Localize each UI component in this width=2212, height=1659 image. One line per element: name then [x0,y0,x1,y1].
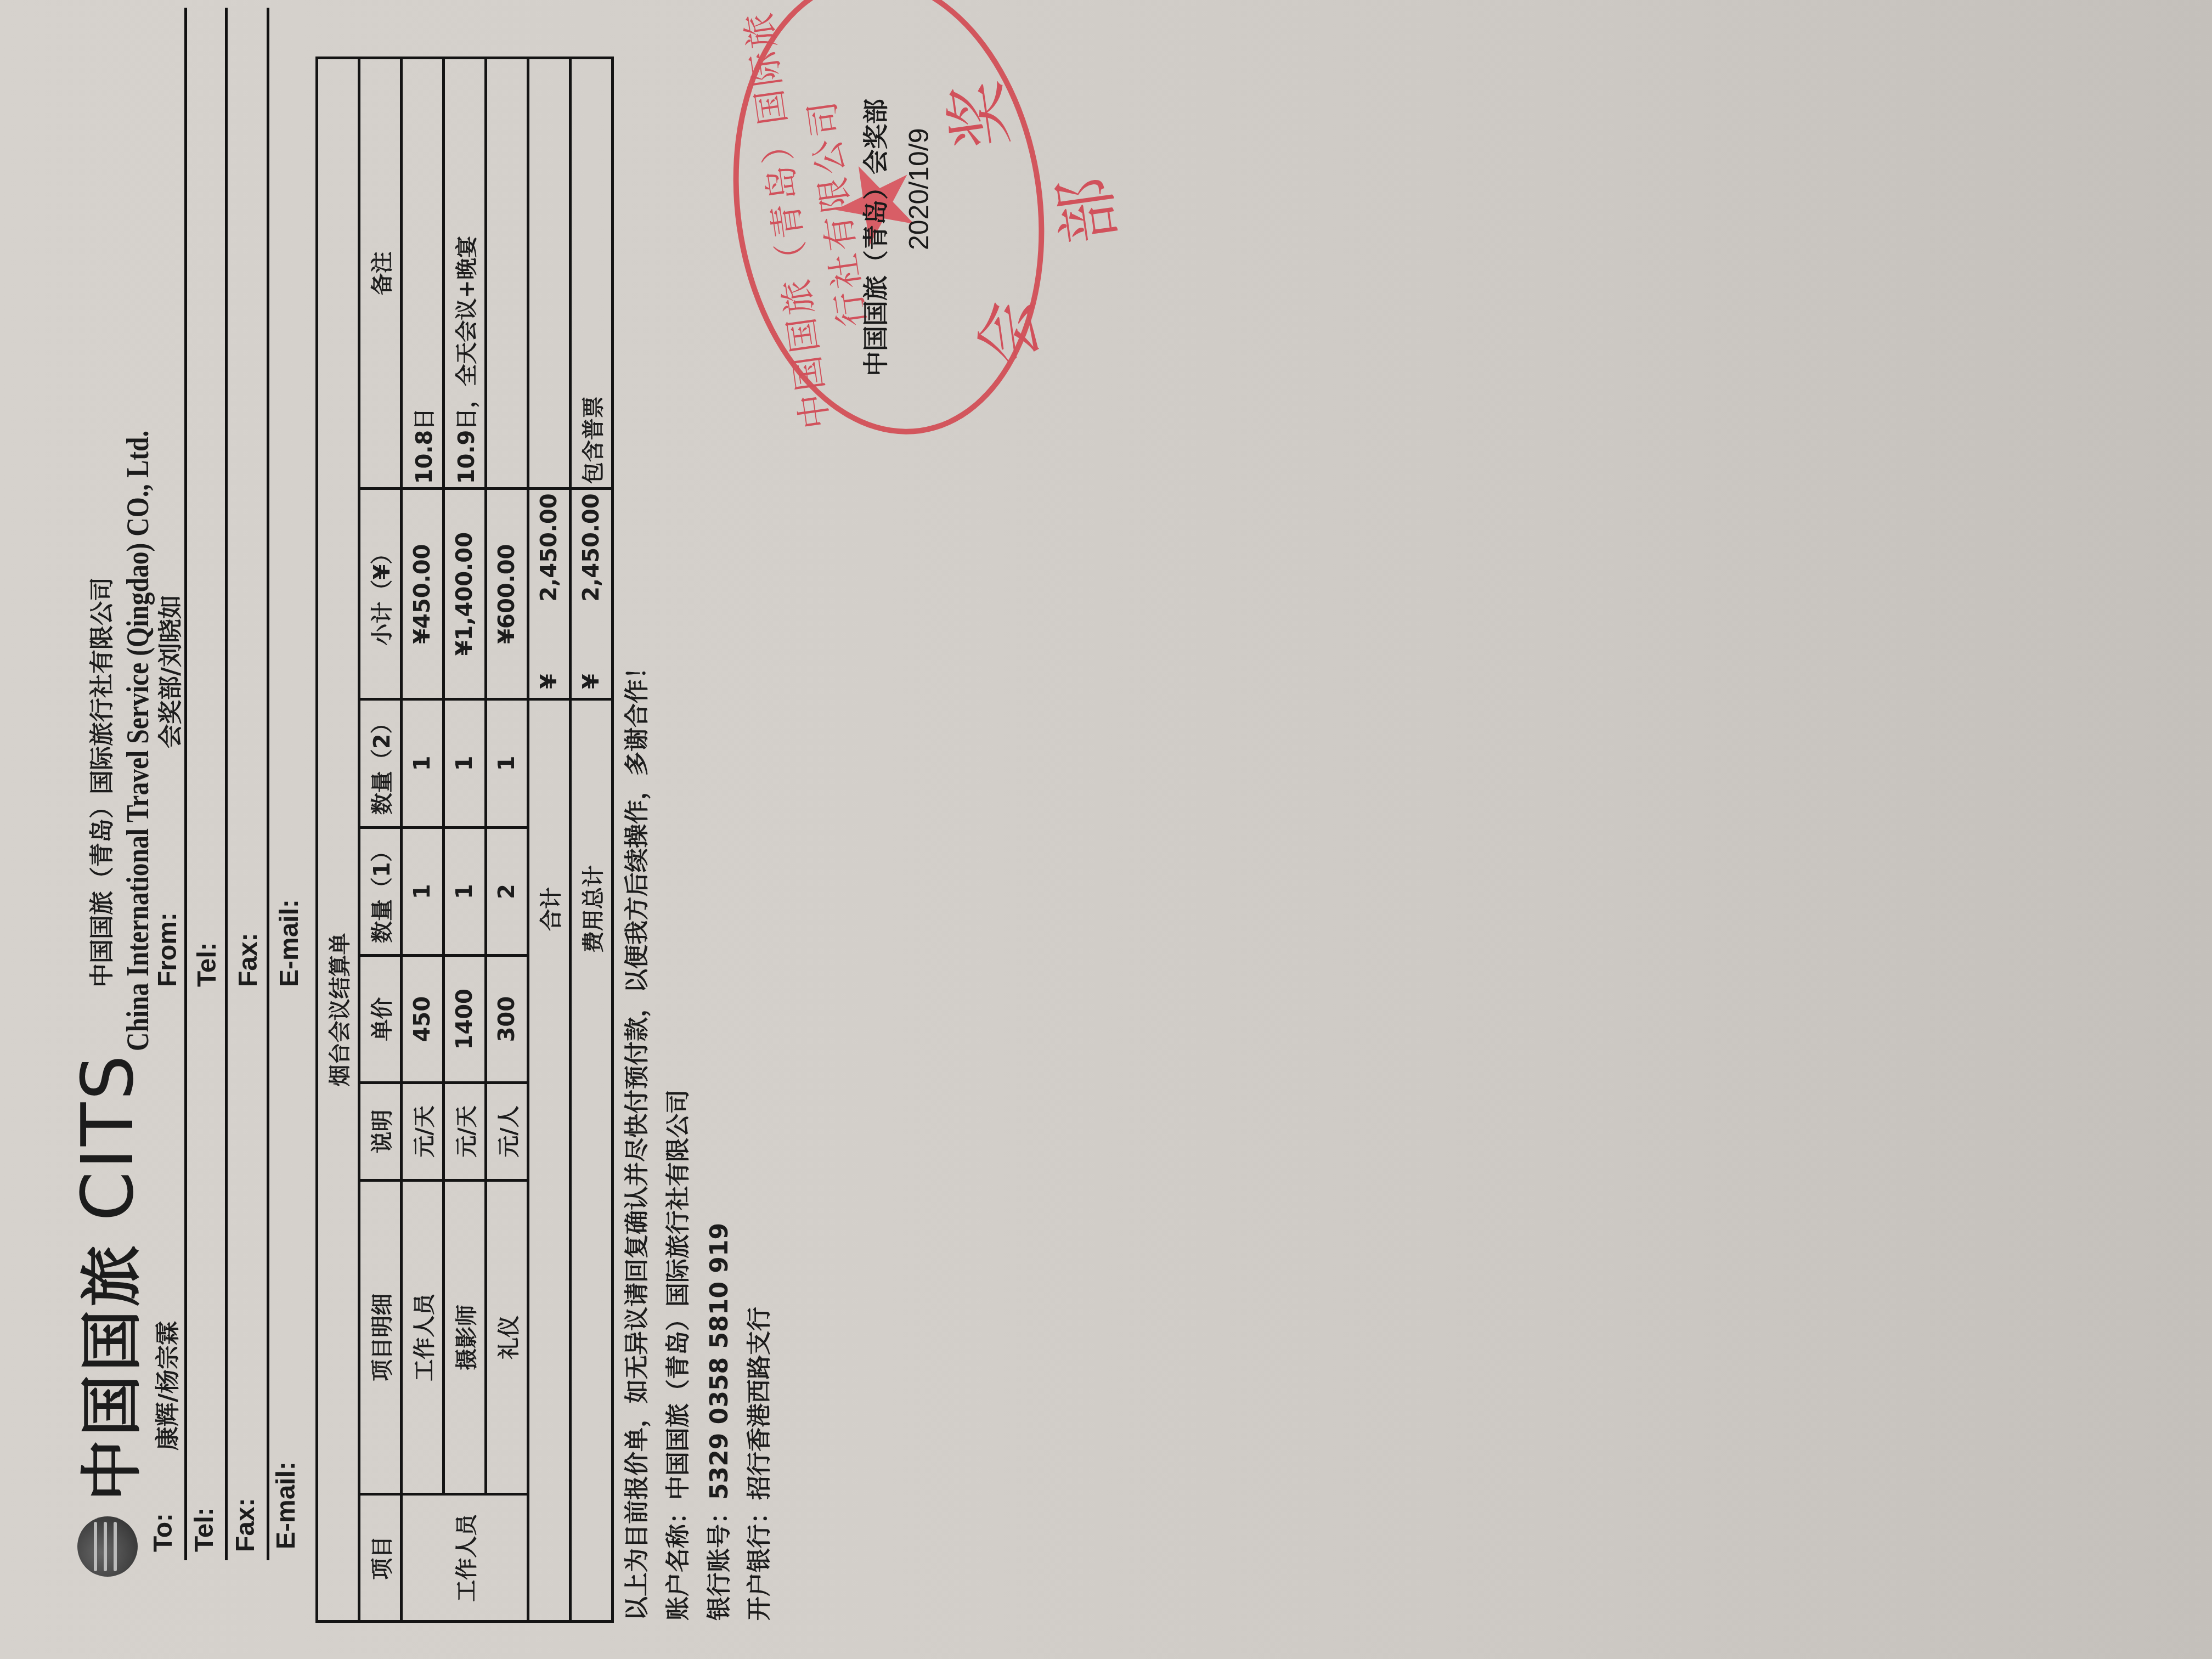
footer-account-no: 银行账号：5329 0358 5810 919 [699,1223,735,1621]
to-tel-rule [225,885,228,1560]
unit-cell: 元/天 [402,1083,444,1181]
stamp-center-text: 会 奖 部 [906,0,1156,421]
footer-line1: 以上为目前报价单，如无异议请回复确认并尽快付预付款，以便我方后续操作，多谢合作！ [617,655,652,1621]
subtotal-cell: ¥1,400.00 [444,489,486,699]
to-fax-label: Fax: [230,1498,261,1552]
subtotal-cell: ¥450.00 [402,489,444,699]
from-label: From: [153,912,183,987]
grand-currency: ¥ [579,674,604,689]
globe-logo-icon [77,1516,138,1577]
detail-cell: 礼仪 [486,1180,528,1494]
col-header-note: 备注 [359,58,402,489]
settlement-document: 中国国旅 CITS 中国国旅（青岛）国际旅行社有限公司 China Intern… [0,0,2212,1659]
qty1-cell: 2 [486,827,528,956]
grand-blank [571,1494,613,1622]
col-header-detail: 项目明细 [359,1180,402,1494]
from-fax-label: Fax: [233,933,263,987]
sheet-title-text: 烟台会议结算单 [328,933,353,1087]
col-header-price: 单价 [359,956,402,1083]
logo-english-text: CITS [66,1053,149,1221]
footer-bank: 开户银行：招行香港西路支行 [740,1307,775,1621]
category-cell: 工作人员 [402,1494,528,1622]
sum-row: 合计 ¥ 2,450.00 [528,58,571,1622]
settlement-table: 烟台会议结算单 项目 项目明细 说明 单价 数量（1） 数量（2） 小计（¥） … [315,57,614,1623]
table-row: 工作人员 工作人员 元/天 450 1 1 ¥450.00 10.8日 [402,58,444,1622]
grand-note: 包含普票 [571,58,613,489]
table-header-row: 项目 项目明细 说明 单价 数量（1） 数量（2） 小计（¥） 备注 [359,58,402,1622]
sum-note [528,58,571,489]
stamp-print-date: 2020/10/9 [903,99,935,250]
grand-value-cell: ¥ 2,450.00 [571,489,613,699]
to-tel-label: Tel: [189,1507,219,1552]
col-header-qty2: 数量（2） [359,699,402,827]
from-fax-rule [267,8,269,885]
to-label: To: [148,1513,178,1552]
qty1-cell: 1 [444,827,486,956]
grand-value: 2,450.00 [579,493,604,601]
from-email-label: E-mail: [274,899,304,987]
stamp-print-name: 中国国旅（青岛）会奖部 [856,99,892,376]
table-row: 礼仪 元/人 300 2 1 ¥600.00 [486,58,528,1622]
to-rule [184,885,187,1560]
price-cell: 450 [402,956,444,1083]
price-cell: 1400 [444,956,486,1083]
sum-label: 合计 [528,699,571,1494]
col-header-item: 项目 [359,1494,402,1622]
logo-chinese-text: 中国国旅 [63,1242,151,1501]
sum-blank [528,1494,571,1622]
sum-value-cell: ¥ 2,450.00 [528,489,571,699]
from-tel-rule [225,8,228,885]
grand-total-row: 费用总计 ¥ 2,450.00 包含普票 [571,58,613,1622]
from-value: 会奖部/刘晓如 [151,595,186,748]
qty2-cell: 1 [444,699,486,827]
subtotal-cell: ¥600.00 [486,489,528,699]
detail-cell: 工作人员 [402,1180,444,1494]
unit-cell: 元/天 [444,1083,486,1181]
sheet-title: 烟台会议结算单 [317,58,359,1622]
table-row: 摄影师 元/天 1400 1 1 ¥1,400.00 10.9日，全天会议+晚宴 [444,58,486,1622]
to-email-label: E-mail: [271,1462,301,1549]
detail-cell: 摄影师 [444,1180,486,1494]
footer-account-name: 账户名称：中国国旅（青岛）国际旅行社有限公司 [658,1090,693,1621]
from-rule [184,8,187,885]
to-fax-rule [267,885,269,1560]
sum-currency: ¥ [537,674,562,689]
stamp-print-block: 中国国旅（青岛）会奖部 2020/10/9 [856,99,935,376]
grand-total-label: 费用总计 [571,699,613,1494]
qty2-cell: 1 [486,699,528,827]
company-name-cn: 中国国旅（青岛）国际旅行社有限公司 [82,577,117,988]
cits-logo: 中国国旅 CITS [63,1053,151,1577]
unit-cell: 元/人 [486,1083,528,1181]
note-cell: 10.8日 [402,58,444,489]
note-cell: 10.9日，全天会议+晚宴 [444,58,486,489]
price-cell: 300 [486,956,528,1083]
to-value: 康辉/杨宗霖 [148,1321,183,1451]
col-header-subtotal: 小计（¥） [359,489,402,699]
sum-value: 2,450.00 [537,493,562,601]
col-header-qty1: 数量（1） [359,827,402,956]
from-tel-label: Tel: [192,942,222,987]
qty2-cell: 1 [402,699,444,827]
note-cell [486,58,528,489]
qty1-cell: 1 [402,827,444,956]
col-header-unit: 说明 [359,1083,402,1181]
